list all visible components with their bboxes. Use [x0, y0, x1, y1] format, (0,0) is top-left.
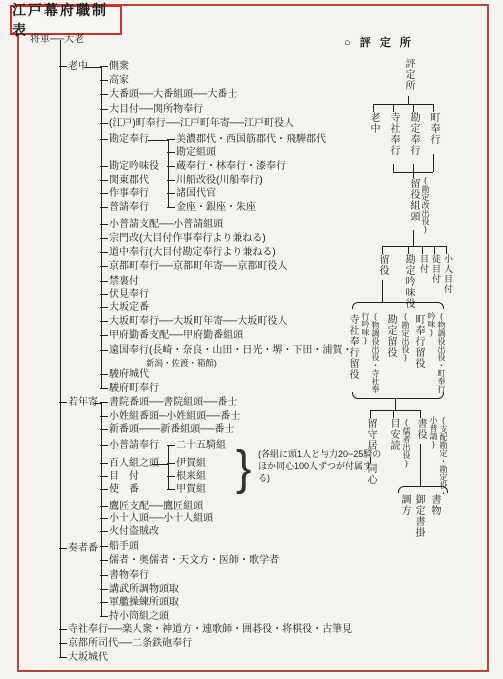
tree-node-kyoto-shoshidai: 京都所司代──二条鉄砲奉行 [59, 637, 192, 651]
v-note: (物調役出役・寺社奉行吟味) [358, 312, 380, 398]
tree-node: 書物奉行 [100, 569, 149, 583]
tree-node: 勘定組頭 [167, 146, 216, 160]
v-node: 勘定奉行 [407, 112, 420, 156]
v-node: 小人目付 [441, 254, 454, 294]
connector-line [420, 410, 421, 418]
tree-node: 二十五騎組 [167, 439, 226, 453]
connector-line [148, 140, 169, 141]
tree-node: 禁裏付 [100, 275, 139, 289]
v-node: 御定書掛 [412, 494, 425, 538]
tree-node: 新潟・佐渡・箱館) [146, 356, 217, 370]
tree-node: 小普請奉行 [100, 439, 159, 453]
brace-shape [352, 302, 444, 309]
connector-line [382, 246, 383, 254]
v-node: 勘定吟味役 [402, 254, 415, 309]
connector-line [446, 246, 447, 254]
tree-node: 大番頭──大番組頭──大番士 [100, 88, 237, 102]
connector-line [393, 410, 394, 418]
brace-glyph: } [236, 441, 251, 494]
tree-node: 勘定吟味役 [100, 160, 159, 174]
v-node: 町奉行 [427, 112, 440, 145]
connector-line [413, 230, 414, 246]
v-node: 留役 [376, 254, 389, 276]
tree-node-wakadoshiyori: 若年寄 [59, 396, 98, 410]
tree-node: 側衆 [100, 60, 129, 74]
tree-node: 小十人頭──小十人組頭 [100, 512, 213, 526]
tree-node: 金座・銀座・朱座 [167, 201, 256, 215]
tree-node-osaka-jodai: 大坂城代 [59, 651, 108, 665]
tree-node: 美濃郡代・西国筋郡代・飛騨郡代 [167, 133, 326, 147]
tree-node: 新番頭───新番組頭──番士 [100, 423, 234, 437]
tree-node: 火付盗賊改 [100, 525, 159, 539]
connector-line [370, 410, 420, 411]
tree-node: 船手頭 [100, 540, 139, 554]
tree-node-sojaban: 奏者番 [59, 542, 98, 556]
tree-node: 甲府勤番支配──甲府勤番組頭 [100, 329, 243, 343]
tree-node: 儒者・奥儒者・天文方・医師・歌学者 [100, 554, 279, 568]
tree-node: 大坂定番 [100, 301, 149, 315]
tree-node-rojo: 老中 [59, 60, 88, 74]
connector-line [373, 104, 433, 105]
tree-node-shogun: 将軍──大老 [30, 33, 84, 47]
tree-node: 駿府城代 [100, 368, 149, 382]
connector-line [408, 246, 409, 254]
connector-line [393, 104, 394, 112]
tree-node: 関東郡代 [100, 174, 149, 188]
tree-node: 諸国代官 [167, 187, 216, 201]
v-note: (儒者出役) [399, 418, 411, 482]
v-node: 勘定留役 [384, 314, 397, 358]
tree-node: 根来組 [167, 470, 206, 484]
v-node: 寺社奉行 [387, 112, 400, 156]
edo-org-chart-page: 江戸幕府職制表 将軍──大老 老中 若年寄 奏者番 寺社奉行──楽人衆・神道方・… [0, 0, 503, 679]
tree-node: 書院番頭──書院組頭──番士 [100, 396, 237, 410]
brace-shape [352, 392, 444, 399]
tree-node: 道中奉行(大目付勘定奉行より兼ねる) [100, 246, 276, 260]
tree-node: 勘定奉行 [100, 133, 149, 147]
connector-line [408, 96, 409, 104]
tree-node: 小姓組番頭─小姓組頭──番士 [100, 410, 240, 424]
v-note: (勘定改出役) [418, 176, 430, 262]
tree-node: 作事奉行 [100, 187, 149, 201]
tree-node: 普請奉行 [100, 201, 149, 215]
tree-node: 使 番 [100, 483, 139, 497]
tree-node-jisha: 寺社奉行──楽人衆・神道方・連歌師・囲碁役・将棋役・古筆見 [59, 623, 352, 637]
brace-shape [398, 486, 448, 493]
tree-node: 持小筒組之頭 [100, 610, 169, 624]
connector-line [370, 410, 371, 418]
tree-node: 伊賀組 [167, 457, 206, 471]
v-node: 書物 [428, 494, 441, 516]
tree-node: 大坂町奉行──大坂町年寄──大坂町役人 [100, 315, 287, 329]
connector-line [433, 154, 434, 172]
connector-line [60, 40, 61, 658]
connector-line [382, 280, 383, 302]
v-note: (勘定出役) [398, 312, 410, 398]
tree-node: (江戸)町奉行──江戸町年寄──江戸町役人 [100, 117, 294, 131]
tree-node: 百人組之頭 [100, 457, 159, 471]
connector-line [413, 104, 414, 112]
v-node: 老中 [367, 112, 380, 134]
v-node-root: 評定所 [402, 58, 415, 91]
v-node: 調方 [398, 494, 411, 516]
connector-line [382, 246, 446, 247]
tree-node: 京都町奉行──京都町年寄──京都町役人 [100, 260, 287, 274]
v-node-doshin: 同心 [364, 463, 377, 485]
connector-line [373, 104, 374, 112]
connector-line [413, 164, 414, 172]
v-node-rusui: 留守居 [364, 418, 377, 451]
page-title: 江戸幕府職制表 [10, 5, 122, 35]
tree-node: 小普請支配──小普請組頭 [100, 218, 223, 232]
section-heading: ○ 評 定 所 [344, 34, 414, 50]
connector-line [422, 246, 423, 254]
tree-node: 駿府町奉行 [100, 382, 159, 396]
connector-line [434, 246, 435, 254]
tree-node: 川船改役(川船奉行) [167, 174, 263, 188]
tree-node: 遠国奉行(長崎・奈良・山田・日光・堺・下田・浦賀・ [100, 344, 352, 358]
tree-node: 宗門改(大目付作事奉行より兼ねる) [100, 232, 266, 246]
tree-node: 甲賀組 [167, 483, 206, 497]
tree-node: 蔵奉行・林奉行・漆奉行 [167, 160, 286, 174]
connector-line [393, 164, 394, 172]
tree-node: 高家 [100, 74, 129, 88]
connector-line [395, 398, 396, 410]
tree-node: 講武所調物頭取 [100, 583, 179, 597]
tree-node: 伏見奉行 [100, 288, 149, 302]
tree-node: 目 付 [100, 470, 139, 484]
v-note: (物調役出役・町奉行吟味) [424, 312, 446, 398]
connector-line [420, 444, 421, 486]
tree-node: 大目付──関所物奉行 [100, 103, 203, 117]
connector-line [433, 104, 434, 112]
tree-node: 軍艦操練所頭取 [100, 596, 179, 610]
